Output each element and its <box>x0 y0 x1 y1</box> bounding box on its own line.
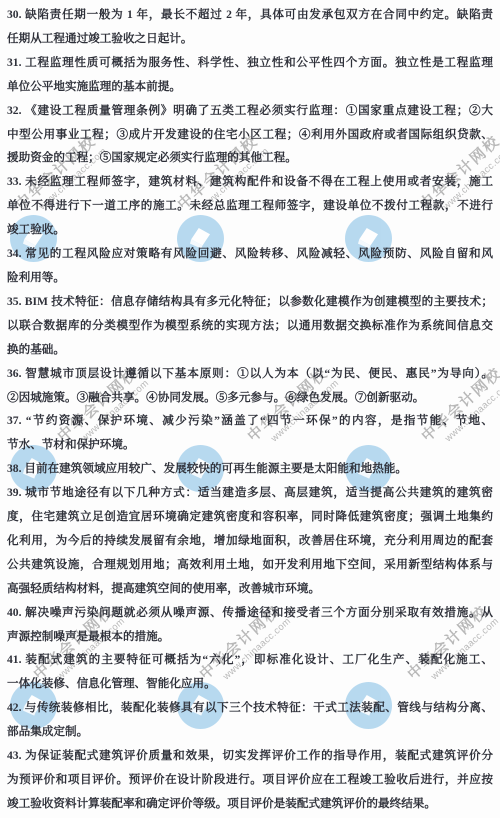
note-line: 35. BIM 技术特征：信息存储结构具有多元化特征；以参数化建模作为创建模型的… <box>7 290 493 314</box>
note-line: 39. 城市节地途径有以下几种方式：适当建造多层、高层建筑，适当提高公共建筑的建… <box>7 481 493 505</box>
note-line: 为预评价和项目评价。预评价在设计阶段进行。项目评价应在工程竣工验收后进行，并应按 <box>7 768 493 792</box>
note-line: 42. 与传统装修相比，装配化装修具有以下三个技术特征：干式工法装配、管线与结构… <box>7 696 493 720</box>
note-line: 公共建筑设施，合理规划用地；高效利用土地，如开发利用地下空间，采用新型结构体系与 <box>7 553 493 577</box>
note-line: 险利用等。 <box>7 266 493 290</box>
note-line: 部品集成定制。 <box>7 720 493 744</box>
note-line: 一体化装修、信息化管理、智能化应用。 <box>7 672 493 696</box>
document-page: 中华会计网校www.chinaacc.com中华会计网校www.chinaacc… <box>0 0 500 818</box>
note-line: ②因城施策。③融合共享。④协同发展。⑤多元参与。⑥绿色发展。⑦创新驱动。 <box>7 386 493 410</box>
note-line: 声源控制噪声是最根本的措施。 <box>7 625 493 649</box>
note-line: 37. “节约资源、保护环境、减少污染”涵盖了“四节一环保”的内容，是指节能、节… <box>7 409 493 433</box>
note-line: 38. 目前在建筑领域应用较广、发展较快的可再生能源主要是太阳能和地热能。 <box>7 457 493 481</box>
note-line: 43. 为保证装配式建筑评价质量和效果，切实发挥评价工作的指导作用，装配式建筑评… <box>7 744 493 768</box>
note-line: 36. 智慧城市顶层设计遵循以下基本原则：①以人为本（以“为民、便民、惠民”为导… <box>7 362 493 386</box>
note-line: 中型公用事业工程；③成片开发建设的住宅小区工程；④利用外国政府或者国际组织贷款、 <box>7 123 493 147</box>
note-line: 41. 装配式建筑的主要特征可概括为“六化”，即标准化设计、工厂化生产、装配化施… <box>7 648 493 672</box>
note-line: 节水、节材和保护环境。 <box>7 433 493 457</box>
note-line: 高强轻质结构材料，提高建筑空间的使用率，改善城市环境。 <box>7 577 493 601</box>
note-line: 援助资金的工程；⑤国家规定必须实行监理的其他工程。 <box>7 146 493 170</box>
note-line: 31. 工程监理性质可概括为服务性、科学性、独立性和公平性四个方面。独立性是工程… <box>7 51 493 75</box>
note-line: 34. 常见的工程风险应对策略有风险回避、风险转移、风险减轻、风险预防、风险自留… <box>7 242 493 266</box>
note-line: 任期从工程通过竣工验收之日起计。 <box>7 27 493 51</box>
note-line: 化利用，为今后的持续发展留有余地，增加绿地面积，改善居住环境，充分利用周边的配套 <box>7 529 493 553</box>
note-line: 单位不得进行下一道工序的施工。未经总监理工程师签字，建设单位不拨付工程款，不进行 <box>7 194 493 218</box>
note-line: 换的基础。 <box>7 338 493 362</box>
notes-text: 30. 缺陷责任期一般为 1 年，最长不超过 2 年，具体可由发承包双方在合同中… <box>0 0 500 818</box>
note-line: 度，住宅建筑立足创造宜居环境确定建筑密度和容积率，同时降低建筑密度；强调土地集约 <box>7 505 493 529</box>
note-line: 以联合数据库的分类模型作为模型系统的实现方法；以通用数据交换标准作为系统间信息交 <box>7 314 493 338</box>
note-line: 竣工验收。 <box>7 218 493 242</box>
note-line: 单位公平地实施监理的基本前提。 <box>7 75 493 99</box>
note-line: 33. 未经监理工程师签字，建筑材料、建筑构配件和设备不得在工程上使用或者安装，… <box>7 170 493 194</box>
note-line: 40. 解决噪声污染问题就必须从噪声源、传播途径和接受者三个方面分别采取有效措施… <box>7 601 493 625</box>
note-line: 竣工验收资料计算装配率和确定评价等级。项目评价是装配式建筑评价的最终结果。 <box>7 792 493 816</box>
note-line: 32. 《建设工程质量管理条例》明确了五类工程必须实行监理：①国家重点建设工程；… <box>7 99 493 123</box>
note-line: 30. 缺陷责任期一般为 1 年，最长不超过 2 年，具体可由发承包双方在合同中… <box>7 3 493 27</box>
